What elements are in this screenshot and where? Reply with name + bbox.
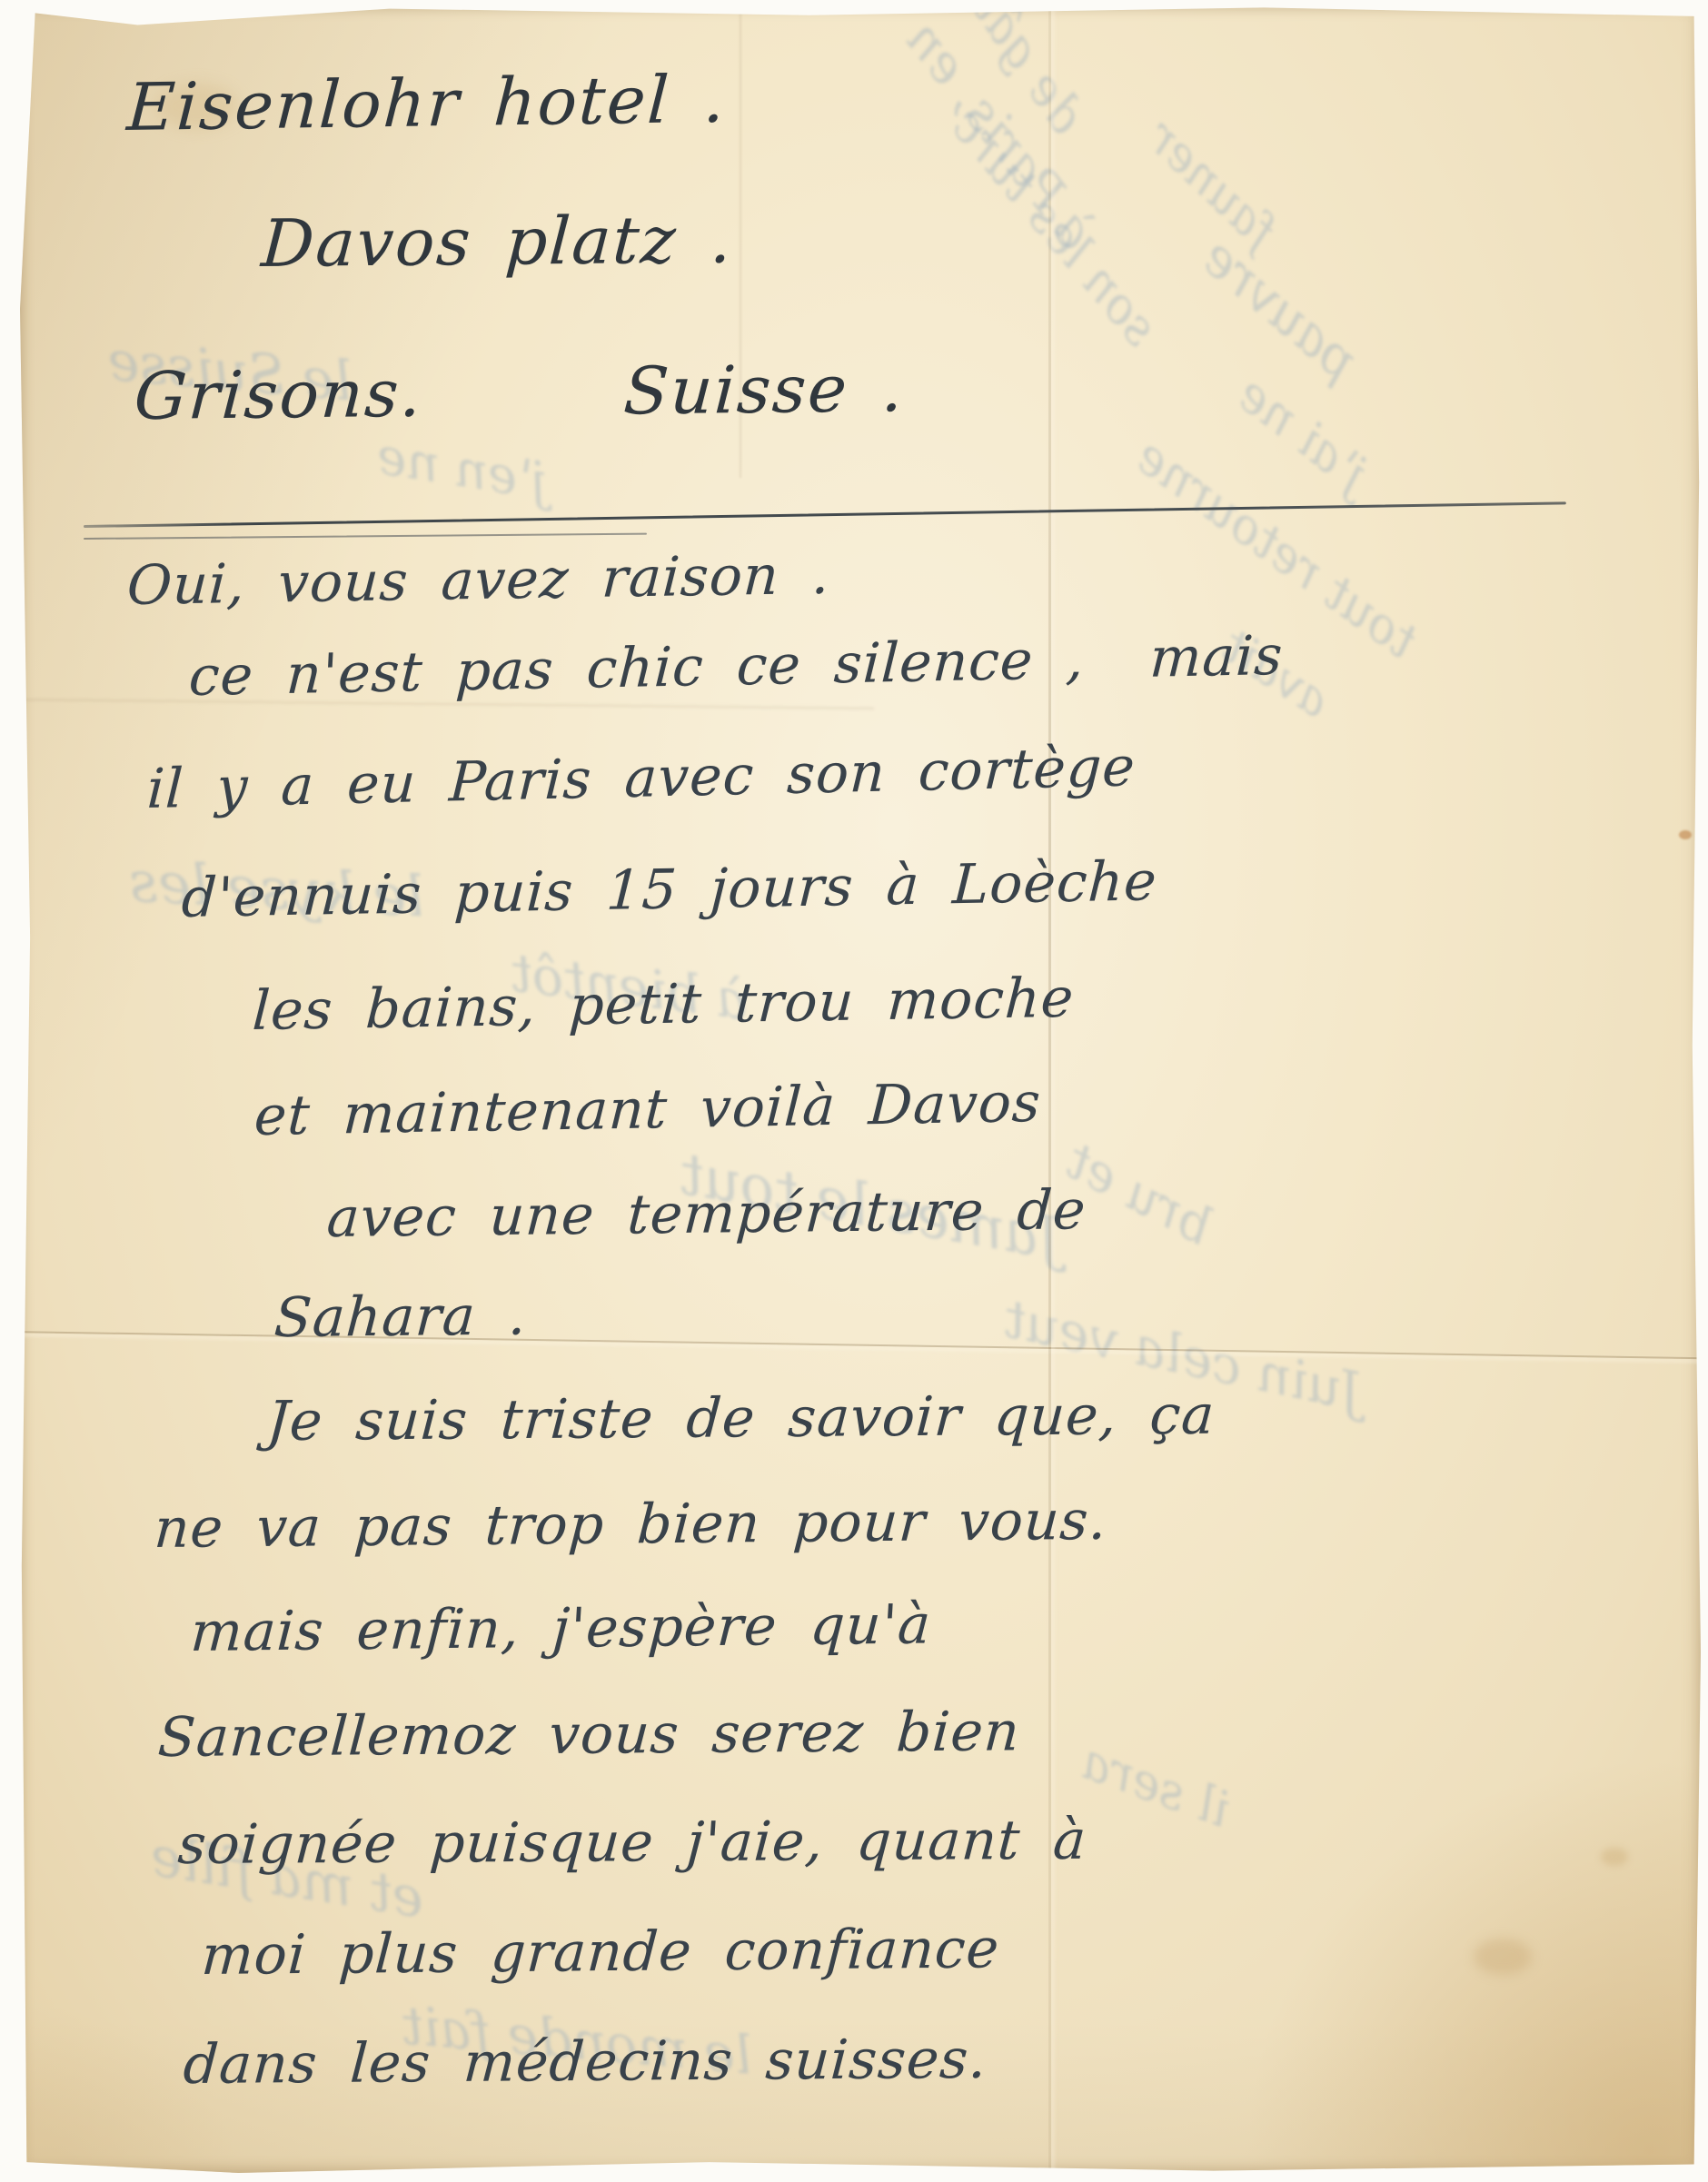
body-line: Sahara .: [273, 1284, 529, 1350]
body-line: mais enfin, j'espère qu'à: [189, 1592, 933, 1664]
address-line-region: Grisons. Suisse .: [133, 350, 908, 434]
body-line: soignée puisque j'aie, quant à: [176, 1809, 1089, 1877]
bleedthrough-text-fragment: pauvre: [1190, 225, 1372, 392]
rust-speck: [1679, 830, 1692, 839]
ink-separator-rule: [84, 501, 1566, 528]
body-line: et maintenant voilà Davos: [253, 1071, 1043, 1148]
bleedthrough-text-fragment: j'ai ne: [1226, 365, 1380, 502]
bleedthrough-text-fragment: fauner: [1137, 111, 1287, 259]
body-line: Sancellemoz vous serez bien: [156, 1700, 1022, 1770]
body-line: il y a eu Paris avec son cortège: [145, 735, 1137, 821]
scanned-letter-page: { "letter": { "language": "French", "ink…: [0, 0, 1708, 2182]
bleedthrough-text-fragment: il sera: [1074, 1732, 1238, 1839]
body-line: moi plus grande confiance: [200, 1917, 1001, 1988]
paper-stain: [1474, 1939, 1532, 1975]
body-line: avec une température de: [325, 1178, 1088, 1250]
letter-paper: de gâte à Paris, en son les turc fauner …: [20, 5, 1701, 2173]
address-line-town: Davos platz .: [259, 201, 735, 282]
body-line: ne va pas trop bien pour vous.: [153, 1489, 1109, 1561]
body-line: Oui, vous avez raison .: [125, 543, 832, 618]
body-line: dans les médecins suisses.: [182, 2028, 989, 2097]
horizontal-fold-crease: [2, 1331, 1708, 1360]
body-line: ce n'est pas chic ce silence , mais: [187, 624, 1285, 709]
body-line: Je suis triste de savoir que, ça: [265, 1384, 1217, 1453]
body-line: les bains, petit trou moche: [251, 967, 1076, 1043]
ink-separator-rule: [84, 533, 647, 540]
paper-stain: [1601, 1848, 1628, 1866]
address-line-hotel: Eisenlohr hotel .: [125, 61, 729, 145]
bleedthrough-text-fragment: j'en ne: [372, 427, 551, 512]
